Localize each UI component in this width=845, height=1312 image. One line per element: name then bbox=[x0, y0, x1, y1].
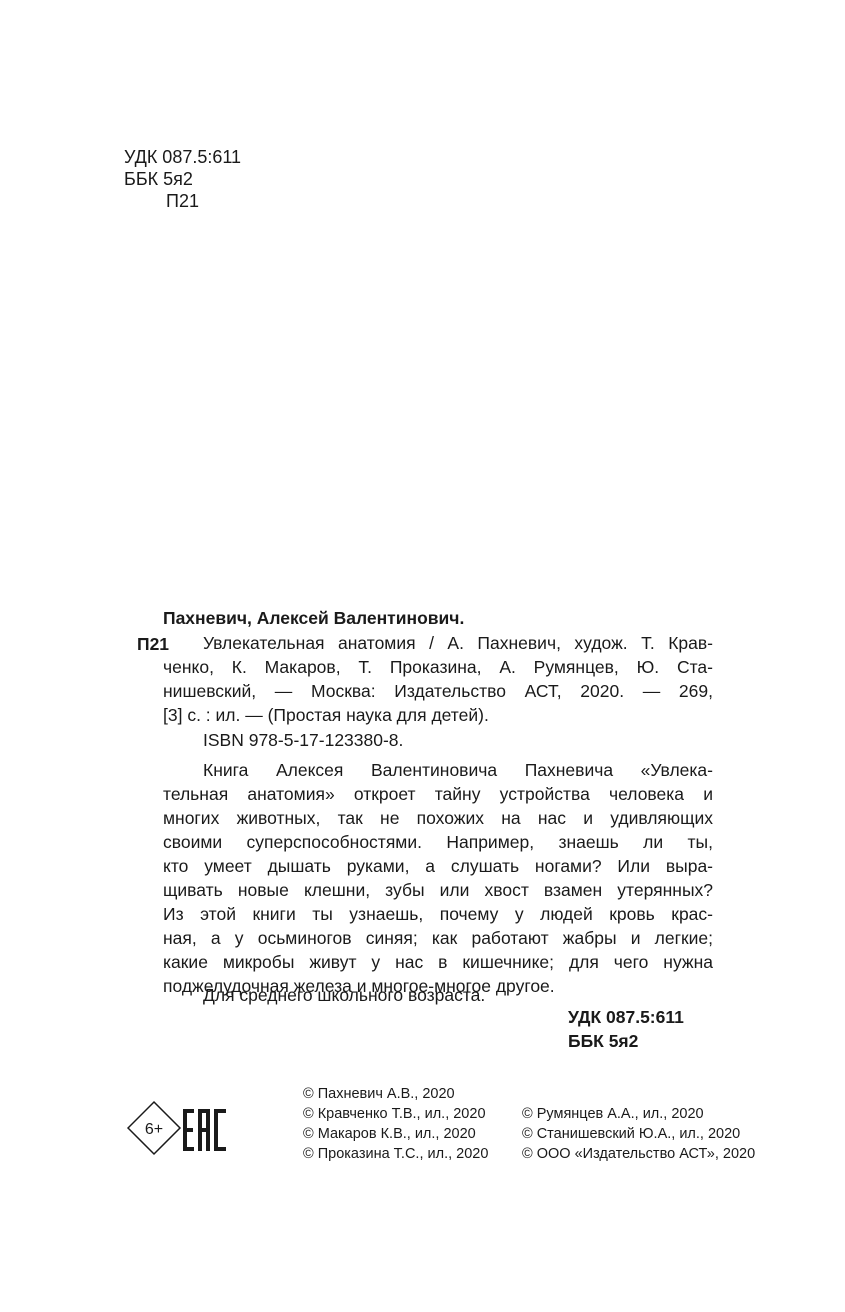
copyright-line: © Кравченко Т.В., ил., 2020 bbox=[303, 1104, 488, 1124]
annotation-line: ная, а у осьминогов синяя; как работают … bbox=[163, 926, 713, 950]
udk-code: УДК 087.5:611 bbox=[124, 146, 241, 168]
age-rating-icon: 6+ bbox=[126, 1100, 182, 1156]
eac-certification-icon bbox=[182, 1108, 228, 1152]
bibliographic-description: Увлекательная анатомия / А. Пахневич, ху… bbox=[163, 631, 713, 727]
annotation-line: кто умеет дышать руками, а слушать ногам… bbox=[163, 854, 713, 878]
copyrights-column-1: © Пахневич А.В., 2020 © Кравченко Т.В., … bbox=[303, 1084, 488, 1164]
age-rating-label: 6+ bbox=[145, 1121, 163, 1138]
udk-code-bold: УДК 087.5:611 bbox=[568, 1005, 684, 1029]
annotation-line: своими суперспособностями. Например, зна… bbox=[163, 830, 713, 854]
author-mark: П21 bbox=[124, 190, 241, 212]
annotation-line: щивать новые клешни, зубы или хвост взам… bbox=[163, 878, 713, 902]
annotation-line: Из этой книги ты узнаешь, почему у людей… bbox=[163, 902, 713, 926]
bbk-code: ББК 5я2 bbox=[124, 168, 241, 190]
copyright-line: © Макаров К.В., ил., 2020 bbox=[303, 1124, 488, 1144]
copyright-line: © Румянцев А.А., ил., 2020 bbox=[522, 1104, 755, 1124]
author-heading: Пахневич, Алексей Валентинович. bbox=[163, 608, 464, 629]
description-line: Увлекательная анатомия / А. Пахневич, ху… bbox=[163, 631, 713, 655]
description-line: ченко, К. Макаров, Т. Проказина, А. Румя… bbox=[163, 655, 713, 679]
bbk-code-bold: ББК 5я2 bbox=[568, 1029, 684, 1053]
description-line: [3] с. : ил. — (Простая наука для детей)… bbox=[163, 703, 713, 727]
copyright-line: © Станишевский Ю.А., ил., 2020 bbox=[522, 1124, 755, 1144]
copyright-line: © Пахневич А.В., 2020 bbox=[303, 1084, 488, 1104]
bottom-classification-codes: УДК 087.5:611 ББК 5я2 bbox=[568, 1005, 684, 1053]
description-line: нишевский, — Москва: Издательство АСТ, 2… bbox=[163, 679, 713, 703]
top-classification-codes: УДК 087.5:611 ББК 5я2 П21 bbox=[124, 146, 241, 212]
annotation: Книга Алексея Валентиновича Пахневича «У… bbox=[163, 758, 713, 998]
annotation-line: многих животных, так не похожих на нас и… bbox=[163, 806, 713, 830]
age-group: Для среднего школьного возраста. bbox=[203, 985, 485, 1006]
copyrights-column-2: © Румянцев А.А., ил., 2020 © Станишевски… bbox=[522, 1104, 755, 1164]
annotation-line: тельная анатомия» откроет тайну устройст… bbox=[163, 782, 713, 806]
isbn: ISBN 978-5-17-123380-8. bbox=[203, 730, 403, 751]
copyright-line: © ООО «Издательство АСТ», 2020 bbox=[522, 1144, 755, 1164]
copyright-line: © Проказина Т.С., ил., 2020 bbox=[303, 1144, 488, 1164]
annotation-line: какие микробы живут у нас в кишечнике; д… bbox=[163, 950, 713, 974]
annotation-line: Книга Алексея Валентиновича Пахневича «У… bbox=[163, 758, 713, 782]
